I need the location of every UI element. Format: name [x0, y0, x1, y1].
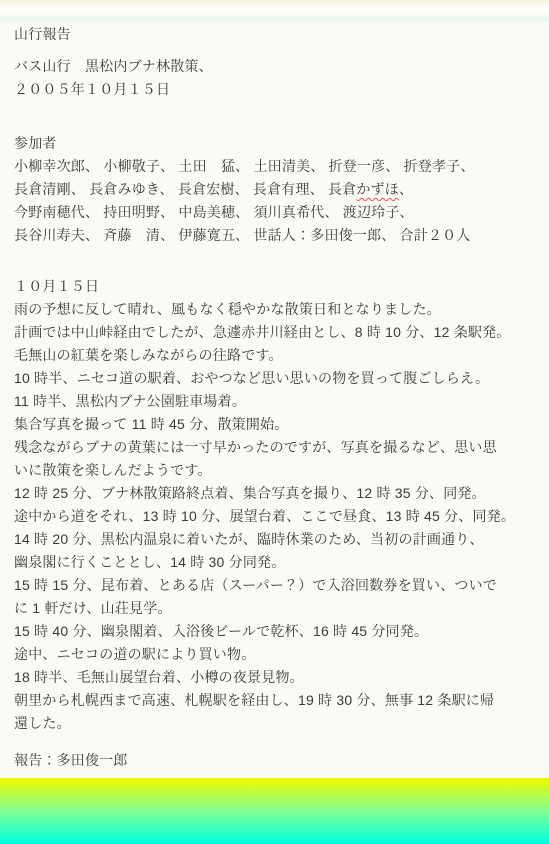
report-line: 12 時 25 分、ブナ林散策路終点着、集合写真を撮り、12 時 35 分、同発…	[14, 482, 539, 505]
report-document: 山行報告 バス山行 黒松内ブナ林散策、 ２００５年１０月１５日 参加者 小柳幸次…	[0, 23, 549, 772]
report-body: 雨の予想に反して晴れ、風もなく穏やかな散策日和となりました。計画では中山峠経由で…	[14, 298, 539, 735]
reporter-line: 報告：多田俊一郎	[14, 749, 539, 772]
report-line: 雨の予想に反して晴れ、風もなく穏やかな散策日和となりました。	[14, 298, 539, 321]
report-line: 残念ながらブナの黄葉には一寸早かったのですが、写真を撮るなど、思い思	[14, 436, 539, 459]
report-line: 15 時 40 分、幽泉閣着、入浴後ビールで乾杯、16 時 45 分同発。	[14, 620, 539, 643]
report-line: 還した。	[14, 712, 539, 735]
participants-line: 今野南穂代、 持田明野、 中島美穂、 須川真希代、 渡辺玲子、	[14, 201, 539, 224]
bottom-gradient-band	[0, 778, 549, 844]
participants-line: 長谷川寿夫、 斉藤 清、 伊藤寛五、 世話人：多田俊一郎、 合計２０人	[14, 224, 539, 247]
participants-line: 小柳幸次郎、 小柳敬子、 土田 猛、 土田清美、 折登一彦、 折登孝子、	[14, 155, 539, 178]
report-line: 毛無山の紅葉を楽しみながらの往路です。	[14, 344, 539, 367]
trip-header: バス山行 黒松内ブナ林散策、 ２００５年１０月１５日	[14, 55, 539, 101]
report-line: 途中、ニセコの道の駅により買い物。	[14, 643, 539, 666]
report-line: いに散策を楽しんだようです。	[14, 459, 539, 482]
participants-line-text: 長倉清剛、 長倉みゆき、 長倉宏樹、 長倉有理、 長倉	[14, 181, 356, 197]
report-line: 途中から道をそれ、13 時 10 分、展望台着、ここで昼食、13 時 45 分、…	[14, 505, 539, 528]
report-line: に 1 軒だけ、山荘見学。	[14, 597, 539, 620]
page-title: 山行報告	[14, 23, 539, 46]
participants-line: 長倉清剛、 長倉みゆき、 長倉宏樹、 長倉有理、 長倉かずほ、	[14, 178, 539, 201]
participants-list: 小柳幸次郎、 小柳敬子、 土田 猛、 土田清美、 折登一彦、 折登孝子、 長倉清…	[14, 155, 539, 247]
report-line: 14 時 20 分、黒松内温泉に着いたが、臨時休業のため、当初の計画通り、	[14, 528, 539, 551]
spellcheck-underlined-name: かずほ	[356, 181, 399, 197]
report-line: 幽泉閣に行くこととし、14 時 30 分同発。	[14, 551, 539, 574]
top-gradient-strip	[0, 0, 549, 23]
participants-line-text: 、	[399, 181, 413, 197]
participants-heading: 参加者	[14, 132, 539, 155]
trip-date: ２００５年１０月１５日	[14, 78, 539, 101]
report-line: 15 時 15 分、昆布着、とある店（スーパー？）で入浴回数券を買い、ついで	[14, 574, 539, 597]
report-line: 10 時半、ニセコ道の駅着、おやつなど思い思いの物を買って腹ごしらえ。	[14, 367, 539, 390]
report-line: 11 時半、黒松内ブナ公園駐車場着。	[14, 390, 539, 413]
report-line: 集合写真を撮って 11 時 45 分、散策開始。	[14, 413, 539, 436]
trip-name: バス山行 黒松内ブナ林散策、	[14, 55, 539, 78]
report-line: 計画では中山峠経由でしたが、急遽赤井川経由とし、8 時 10 分、12 条駅発。	[14, 321, 539, 344]
report-line: 18 時半、毛無山展望台着、小樽の夜景見物。	[14, 666, 539, 689]
report-date-heading: １０月１５日	[14, 275, 539, 298]
report-line: 朝里から札幌西まで高速、札幌駅を経由し、19 時 30 分、無事 12 条駅に帰	[14, 689, 539, 712]
